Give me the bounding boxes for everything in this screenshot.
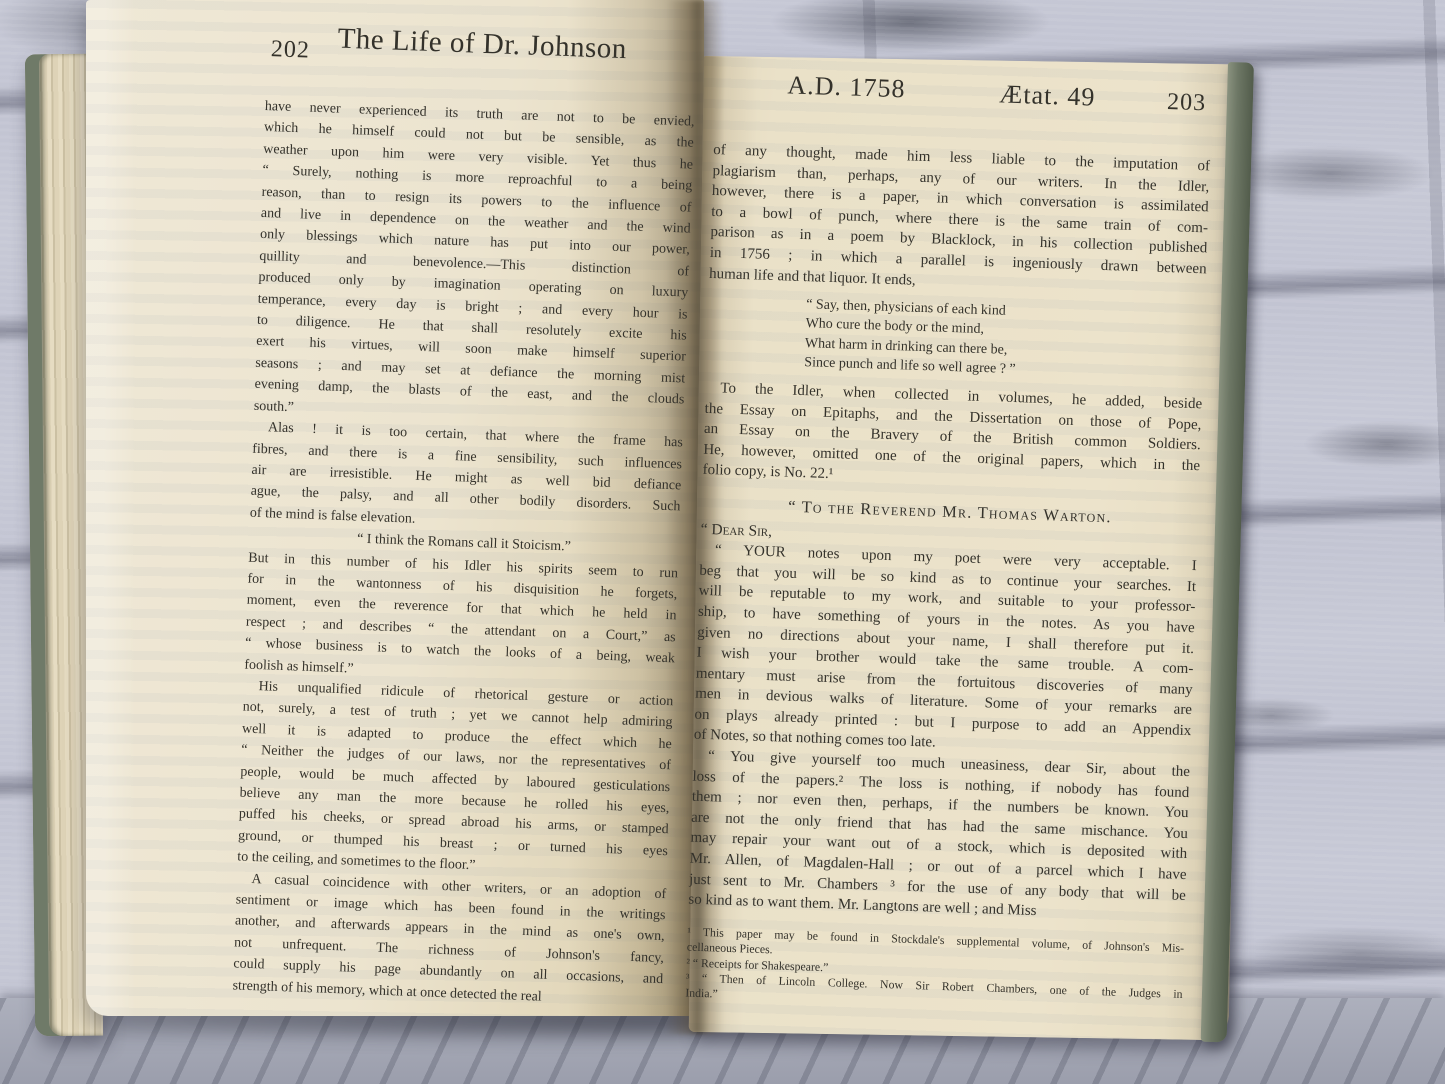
para-block: have never experienced its truth are not…: [253, 96, 694, 433]
para-block: “ You give yourself too much uneasiness,…: [688, 746, 1190, 927]
left-page-text: 202 The Life of Dr. Johnson have never e…: [232, 20, 698, 1012]
date-heading: A.D. 1758: [787, 70, 906, 104]
left-page-text-body: have never experienced its truth are not…: [232, 96, 695, 1012]
aetat-heading: Ætat. 49: [999, 79, 1096, 112]
para-block: Alas ! it is too certain, that where the…: [250, 417, 684, 540]
page-number: 203: [1167, 89, 1207, 117]
right-page-text: A.D. 1758 Ætat. 49 203 of any thought, m…: [685, 68, 1213, 1018]
para-block: His unqualified ridicule of rhetorical g…: [237, 676, 674, 884]
para-block: “ YOUR notes upon my poet were very acce…: [694, 540, 1198, 762]
page-number: 202: [270, 36, 310, 64]
poem-block: “ Say, then, physicians of each kindWho …: [804, 295, 1205, 385]
para-block: But in this number of his Idler his spir…: [244, 547, 678, 691]
right-page-text-body: of any thought, made him less liable to …: [685, 140, 1210, 1018]
para-block: To the Idler, when collected in volumes,…: [702, 378, 1202, 497]
book-photo: 202 The Life of Dr. Johnson have never e…: [0, 0, 1445, 1084]
para-block: A casual coincidence with other writers,…: [232, 868, 666, 1012]
para-block: of any thought, made him less liable to …: [709, 140, 1211, 301]
